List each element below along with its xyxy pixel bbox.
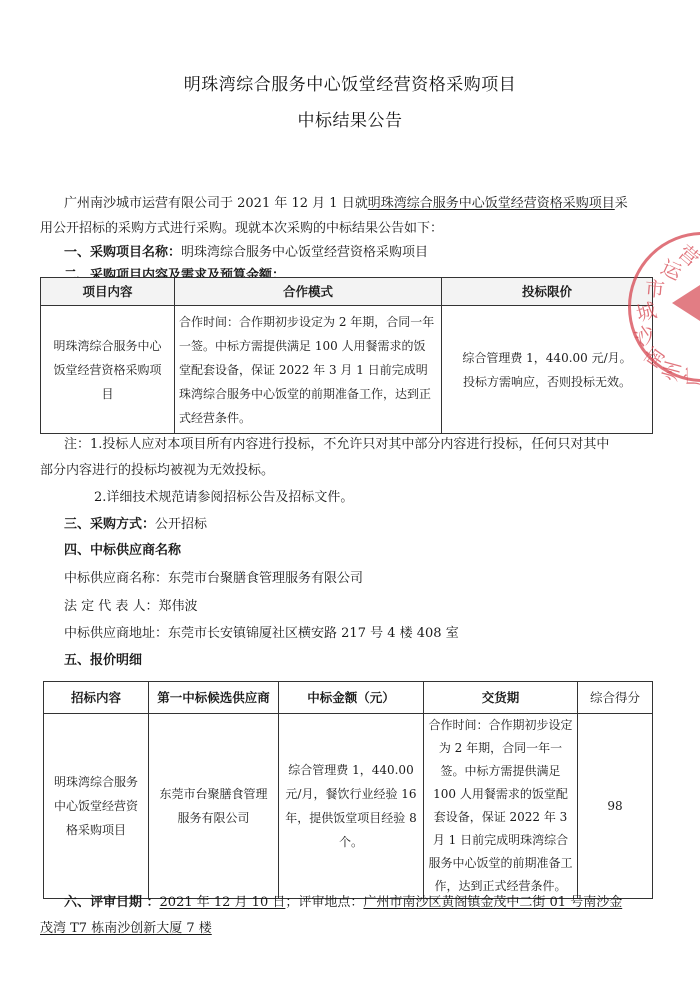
header-amount: 中标金额（元） <box>279 682 424 714</box>
header-limit: 投标限价 <box>442 278 653 306</box>
table-row: 明珠湾综合服务中心饭堂经营资格采购项目 合作时间：合作期初步设定为 2 年期，合… <box>41 306 653 434</box>
legal-rep-label: 法 定 代 表 人： <box>64 599 159 614</box>
cell-limit: 综合管理费 1，440.00 元/月。 投标方需响应，否则投标无效。 <box>442 306 653 434</box>
document-subtitle: 中标结果公告 <box>0 106 700 131</box>
intro-project-name: 明珠湾综合服务中心饭堂经营资格采购项目 <box>368 196 615 211</box>
section-6-label: 六、评审日期 ： <box>64 895 160 910</box>
section-3-value: 公开招标 <box>155 517 207 532</box>
section-5-label: 五、报价明细 <box>64 653 142 668</box>
intro-text-2: 采 <box>615 196 628 211</box>
cell-content: 明珠湾综合服务中心饭堂经营资格采购项目 <box>41 306 175 434</box>
header-supplier: 第一中标候选供应商 <box>149 682 279 714</box>
budget-table: 项目内容 合作模式 投标限价 明珠湾综合服务中心饭堂经营资格采购项目 合作时间：… <box>40 277 653 434</box>
note-1-line2: 部分内容进行的投标均被视为无效投标。 <box>40 463 274 479</box>
table-row: 明珠湾综合服务中心饭堂经营资格采购项目 东莞市台聚膳食管理服务有限公司 综合管理… <box>44 714 653 899</box>
review-location-1: 广州市南沙区黄阁镇金茂中二街 01 号南沙金 <box>363 895 622 910</box>
cell-supplier: 东莞市台聚膳食管理服务有限公司 <box>149 714 279 899</box>
supplier-name-label: 中标供应商名称： <box>64 571 168 586</box>
cell-delivery: 合作时间：合作期初步设定为 2 年期，合同一年一签。中标方需提供满足 100 人… <box>424 714 578 899</box>
header-bid-content: 招标内容 <box>44 682 149 714</box>
header-score: 综合得分 <box>578 682 653 714</box>
document-title: 明珠湾综合服务中心饭堂经营资格采购项目 <box>0 70 700 95</box>
review-date: 2021 年 12 月 10 日 <box>160 895 286 910</box>
header-mode: 合作模式 <box>175 278 442 306</box>
supplier-address: 东莞市长安镇锦厦社区横安路 217 号 4 楼 408 室 <box>168 626 459 641</box>
seal-char: 广 <box>678 367 700 387</box>
supplier-address-label: 中标供应商地址： <box>64 626 168 641</box>
header-delivery: 交货期 <box>424 682 578 714</box>
section-1-label: 一、采购项目名称： <box>64 245 181 260</box>
legal-rep-line: 法 定 代 表 人：郑伟波 <box>64 599 198 615</box>
review-location-2: 茂湾 T7 栋南沙创新大厦 7 楼 <box>40 921 212 936</box>
cell-bid-content: 明珠湾综合服务中心饭堂经营资格采购项目 <box>44 714 149 899</box>
section-6-line1: 六、评审日期 ：2021 年 12 月 10 日；评审地点：广州市南沙区黄阁镇金… <box>64 895 622 911</box>
intro-paragraph-line1: 广州南沙城市运营有限公司于 2021 年 12 月 1 日就明珠湾综合服务中心饭… <box>64 196 628 212</box>
cell-score: 98 <box>578 714 653 899</box>
legal-rep: 郑伟波 <box>159 599 198 614</box>
budget-table-header: 项目内容 合作模式 投标限价 <box>41 278 653 306</box>
section-1: 一、采购项目名称：明珠湾综合服务中心饭堂经营资格采购项目 <box>64 245 428 261</box>
quote-table-header: 招标内容 第一中标候选供应商 中标金额（元） 交货期 综合得分 <box>44 682 653 714</box>
header-content: 项目内容 <box>41 278 175 306</box>
cell-amount: 综合管理费 1，440.00 元/月，餐饮行业经验 16 年，提供饭堂项目经验 … <box>279 714 424 899</box>
intro-text-1: 广州南沙城市运营有限公司于 2021 年 12 月 1 日就 <box>64 196 368 211</box>
limit-line2: 投标方需响应，否则投标无效。 <box>446 370 648 394</box>
supplier-name-line: 中标供应商名称：东莞市台聚膳食管理服务有限公司 <box>64 571 363 587</box>
section-4: 四、中标供应商名称 <box>64 543 181 559</box>
section-5: 五、报价明细 <box>64 653 142 669</box>
supplier-name: 东莞市台聚膳食管理服务有限公司 <box>168 571 363 586</box>
note-1-line1: 注：1.投标人应对本项目所有内容进行投标，不允许只对其中部分内容进行投标，任何只… <box>64 437 609 453</box>
note-2: 2.详细技术规范请参阅招标公告及招标文件。 <box>94 490 353 506</box>
supplier-address-line: 中标供应商地址：东莞市长安镇锦厦社区横安路 217 号 4 楼 408 室 <box>64 626 459 642</box>
section-3: 三、采购方式：公开招标 <box>64 517 207 533</box>
intro-paragraph-line2: 用公开招标的采购方式进行采购。现就本次采购的中标结果公告如下： <box>40 221 443 237</box>
section-4-label: 四、中标供应商名称 <box>64 543 181 558</box>
review-location-label: ；评审地点： <box>285 895 363 910</box>
section-3-label: 三、采购方式： <box>64 517 155 532</box>
limit-line1: 综合管理费 1，440.00 元/月。 <box>446 346 648 370</box>
section-6-line2: 茂湾 T7 栋南沙创新大厦 7 楼 <box>40 921 212 937</box>
cell-mode: 合作时间：合作期初步设定为 2 年期，合同一年一签。中标方需提供满足 100 人… <box>175 306 442 434</box>
section-1-value: 明珠湾综合服务中心饭堂经营资格采购项目 <box>181 245 428 260</box>
seal-star-icon <box>672 285 700 321</box>
quote-table: 招标内容 第一中标候选供应商 中标金额（元） 交货期 综合得分 明珠湾综合服务中… <box>43 681 653 899</box>
